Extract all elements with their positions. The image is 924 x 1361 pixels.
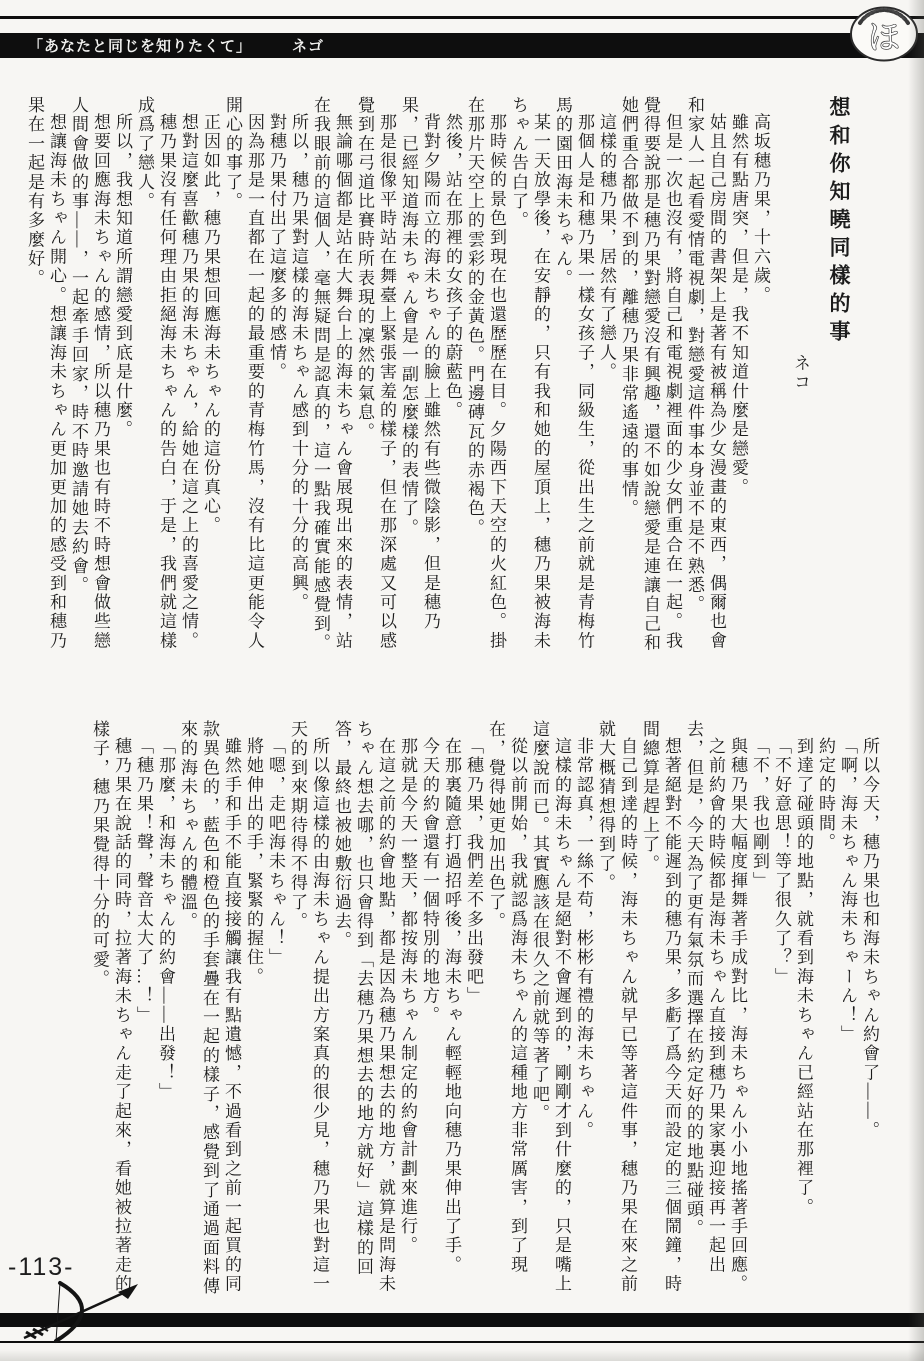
story-part2: 所以今天，穗乃果也和海未ちゃん約會了——。「啊，海未ちゃん海未ちゃーん！」約定的… bbox=[42, 720, 880, 1308]
story-paragraph: 「不，我也剛到」 bbox=[748, 720, 770, 1308]
story-paragraph: 所以，穗乃果對這樣的海未ちゃん感到十分的十分的高興。 bbox=[287, 96, 309, 668]
story-paragraph: 今天的約會還有一個特別的地方。 bbox=[418, 720, 440, 1308]
header-bar: 「あなたと同じを知りたくて」 ネゴ bbox=[0, 33, 924, 58]
story-paragraph: 與穗乃果大幅度揮舞著手成對比，海未ちゃん小小地搖著手回應。 bbox=[726, 720, 748, 1308]
story-paragraph: 自己到達的時候，海未ちゃん就早已等著這件事，穗乃果在來之前就大概猜想得到了。 bbox=[594, 720, 638, 1308]
story-paragraph: 這樣的海未ちゃん是絕對不會遲到的，剛剛才到什麼的，只是嘴上這麼說而已。其實應該在… bbox=[528, 720, 572, 1308]
header-series-title: 「あなたと同じを知りたくて」 bbox=[28, 35, 252, 56]
story-paragraph: 約定的時間。 bbox=[814, 720, 836, 1308]
page-number: -113- bbox=[8, 1253, 75, 1282]
story-paragraph: 想讓海未ちゃん開心。想讓海未ちゃん更加更加的感受到和穗乃果在一起是有多麼好。 bbox=[23, 96, 67, 668]
story-paragraph: 非常認真，一絲不苟，彬彬有禮的海未ちゃん。 bbox=[572, 720, 594, 1308]
story-paragraph: 那時候的景色到現在也還歷歷在目。夕陽西下天空的火紅色。掛在那片天空上的雲彩的金黃… bbox=[463, 96, 507, 668]
story-part1: 想和你知曉同樣的事 ネコ 高坂穗乃果，十六歲。雖然有點唐突，但是，我不知道什麼是… bbox=[44, 96, 866, 668]
story-paragraph: 然後，站在那裡的女孩子的蔚藍色。 bbox=[441, 96, 463, 668]
story-paragraph: 因為那是一直都在一起的最重要的青梅竹馬，沒有比這更能令人開心的事了。 bbox=[221, 96, 265, 668]
stamp-character: ほ bbox=[868, 19, 900, 55]
scan-edge-shading-bottom bbox=[0, 1349, 924, 1361]
story-paragraph: 想對這麼喜歡穗乃果的海未ちゃん，給她在這之上的喜愛之情。 bbox=[177, 96, 199, 668]
story-paragraph: 在那裏隨意打過招呼後，海未ちゃん輕輕地向穗乃果伸出了手。 bbox=[440, 720, 462, 1308]
story-paragraph: 所以今天，穗乃果也和海未ちゃん約會了——。 bbox=[858, 720, 880, 1308]
story-paragraph: 所以，我想知道所謂戀愛到底是什麼。 bbox=[111, 96, 133, 668]
story-paragraph: 將她伸出的手，緊緊的握住。 bbox=[242, 720, 264, 1308]
story-paragraph: 雖然有點唐突，但是，我不知道什麼是戀愛。 bbox=[727, 96, 749, 668]
bow-arrow-icon bbox=[14, 1280, 164, 1349]
scan-edge-shading-right bbox=[908, 0, 924, 1361]
story-paragraph: 「嗯，走吧海未ちゃん！」 bbox=[264, 720, 286, 1308]
story-paragraph: 在這之前的約會地點，都是因為穗乃果想去的地方，就算是問海未ちゃん想去哪，也只會得… bbox=[330, 720, 396, 1308]
story-paragraph: 正因如此，穗乃果想回應海未ちゃん的這份真心。 bbox=[199, 96, 221, 668]
story-paragraph: 「穗乃果，我們差不多出發吧」 bbox=[462, 720, 484, 1308]
story-paragraph: 對穗乃果付出了這麼多的感情。 bbox=[265, 96, 287, 668]
story-paragraph: 之前約會的時候都是海未ちゃん直接到穗乃果家裏迎接再一起出去，但是，今天為了更有氣… bbox=[682, 720, 726, 1308]
story-paragraph: 「不好意思！等了很久了？」 bbox=[770, 720, 792, 1308]
story-paragraph: 無論哪個都是站在大舞台上的海未ちゃん會展現出來的表情，站在我眼前的這個人，毫無疑… bbox=[309, 96, 353, 668]
header-circle-name: ネゴ bbox=[292, 35, 324, 56]
story-paragraph: 那是很像平時站在舞臺上緊張害羞的樣子，但在那深處又可以感覺到在弓道比賽時所表現的… bbox=[353, 96, 397, 668]
story-title: 想和你知曉同樣的事 bbox=[825, 96, 852, 668]
story-paragraph: 那就是今天一整天，都按海未ちゃん制定的約會計劃來進行。 bbox=[396, 720, 418, 1308]
story-author: ネコ bbox=[789, 96, 811, 668]
story-paragraph: 但是一次也沒有，將自己和電視劇裡面的少女們重合在一起。我覺得要說那是穗乃果對戀愛… bbox=[617, 96, 683, 668]
book-page: 「あなたと同じを知りたくて」 ネゴ ほ 想和你知曉同樣的事 ネコ 高坂穗乃果，十… bbox=[0, 0, 924, 1361]
top-rule bbox=[0, 16, 924, 19]
story-paragraph: 從以前開始，我就認爲海未ちゃん的這種地方非常厲害，到了現在，覺得她更加出色了。 bbox=[484, 720, 528, 1308]
story-paragraph: 「那麼，和海未ちゃん的約會——出發！」 bbox=[154, 720, 176, 1308]
story-paragraph: 高坂穗乃果，十六歲。 bbox=[749, 96, 771, 668]
story-paragraph: 背對夕陽而立的海未ちゃん的臉上雖然有些微陰影，但是穗乃果，已經知道海未ちゃん會是… bbox=[397, 96, 441, 668]
story-paragraph: 想著絕對不能遲到的穗乃果，多虧了爲今天而設定的三個鬧鐘，時間總算是趕上了。 bbox=[638, 720, 682, 1308]
story-paragraph: 姑且自己房間的書架上是著有被稱為少女漫畫的東西，偶爾也會和家人一起看愛情電視劇，… bbox=[683, 96, 727, 668]
story-paragraph: 「啊，海未ちゃん海未ちゃーん！」 bbox=[836, 720, 858, 1308]
story-paragraph: 到達了碰頭的地點，就看到海未ちゃん已經站在那裡了。 bbox=[792, 720, 814, 1308]
story-paragraph: 想要回應海未ちゃん的感情，所以穗乃果也有時不時想會做些戀人間會做的事——，一起牽… bbox=[67, 96, 111, 668]
circle-stamp-icon: ほ bbox=[848, 5, 920, 65]
story-paragraph: 這樣的穗乃果，居然有了戀人。 bbox=[595, 96, 617, 668]
story-paragraph: 雖然手和手不能直接接觸讓我有點遺憾，不過看到之前一起買的同款異色的，藍色和橙色的… bbox=[176, 720, 242, 1308]
story-paragraph: 「穗乃果！聲，聲音太大了…！」 bbox=[132, 720, 154, 1308]
story-paragraph: 穗乃果沒有任何理由拒絕海未ちゃん的告白，于是，我們就這樣成爲了戀人。 bbox=[133, 96, 177, 668]
story-paragraph: 穗乃果在說話的同時，拉著海未ちゃん走了起來，看她被拉著走的樣子，穗乃果覺得十分的… bbox=[88, 720, 132, 1308]
story-paragraph: 某一天放學後，在安靜的，只有我和她的屋頂上，穗乃果被海未ちゃん告白了。 bbox=[507, 96, 551, 668]
story-paragraph: 所以像這樣的由海未ちゃん提出方案真的很少見，穗乃果也對這一天的到來期待得不得了。 bbox=[286, 720, 330, 1308]
story-paragraph: 那個人是和穗乃果一樣女孩子，同級生，從出生之前就是青梅竹馬的園田海未ちゃん。 bbox=[551, 96, 595, 668]
